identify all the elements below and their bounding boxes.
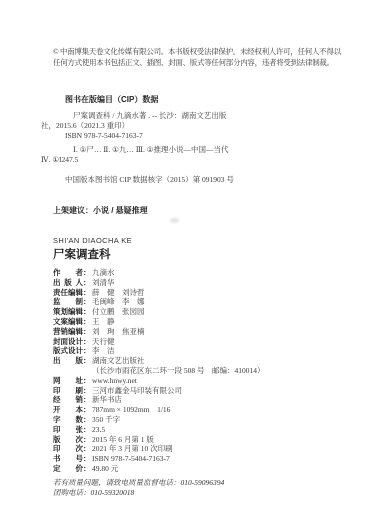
- row-label: 字 数：: [53, 415, 92, 425]
- row-label: 版式设计：: [53, 346, 92, 356]
- colophon-row-sheets: 印 张：23.5: [53, 425, 345, 435]
- colophon-row-copy-editor: 文案编辑：王 静: [53, 317, 345, 327]
- quality-hotline-note: 若有质量问题，请致电质量监督电话：010-59096394: [53, 478, 345, 489]
- row-label: 监 制：: [53, 297, 92, 307]
- cip-entry-line1: 尸案调查科 / 九滴水著 . -- 长沙：湖南文艺出版: [73, 111, 345, 121]
- service-notes: 若有质量问题，请致电质量监督电话：010-59096394 团购电话：010-5…: [53, 478, 345, 499]
- cip-classification: Ⅰ. ①尸… Ⅱ. ①九… Ⅲ. ①推理小说—中国—当代 Ⅳ. ①I247.5: [41, 145, 345, 165]
- colophon-row-publisher-address: （长沙市雨花区东二环一段 508 号 邮编：410014）: [53, 366, 345, 376]
- row-value: 刘清华: [92, 278, 115, 287]
- row-value: 350 千字: [92, 415, 120, 424]
- row-label: 版 次：: [53, 435, 92, 445]
- colophon-row-distributor: 经 销：新华书店: [53, 395, 345, 405]
- colophon-row-website: 网 址：www.hnwy.net: [53, 376, 345, 386]
- book-title: 尸案调查科: [53, 246, 345, 262]
- colophon-row-isbn: 书 号：ISBN 978-7-5404-7163-7: [53, 454, 345, 464]
- row-value: 毛闽峰 李 娜: [92, 297, 145, 306]
- row-label: 开 本：: [53, 405, 92, 415]
- row-label: 作 者：: [53, 268, 92, 278]
- colophon-row-format: 开 本：787mm × 1092mm 1/16: [53, 405, 345, 415]
- colophon-row-edition: 版 次：2015 年 6 月第 1 版: [53, 435, 345, 445]
- colophon-row-cover-design: 封面设计：天行健: [53, 337, 345, 347]
- row-label: 营销编辑：: [53, 327, 92, 337]
- row-value: 2021 年 3 月第 10 次印刷: [92, 444, 173, 453]
- colophon-list: 作 者：九滴水 出 版 人：刘清华 责任编辑：薛 健 刘诗哲 监 制：毛闽峰 李…: [53, 268, 345, 474]
- copyright-notice-line1: © 中南博集天卷文化传媒有限公司。本书版权受法律保护。未经权利人许可，任何人不得…: [53, 47, 349, 58]
- row-value: 23.5: [92, 425, 105, 434]
- scan-artifact: [170, 218, 179, 223]
- cip-class-line2: Ⅳ. ①I247.5: [41, 155, 345, 165]
- row-value: 李 洁: [92, 346, 115, 355]
- row-label: 封面设计：: [53, 337, 92, 347]
- colophon-row-word-count: 字 数：350 千字: [53, 415, 345, 425]
- row-value: 新华书店: [92, 395, 122, 404]
- row-label: 网 址：: [53, 376, 92, 386]
- cip-class-line1: Ⅰ. ①尸… Ⅱ. ①九… Ⅲ. ①推理小说—中国—当代: [73, 145, 345, 155]
- row-value: 湖南文艺出版社: [92, 356, 145, 365]
- row-label: 出 版 人：: [53, 278, 92, 288]
- copyright-notice: © 中南博集天卷文化传媒有限公司。本书版权受法律保护。未经权利人许可，任何人不得…: [53, 0, 349, 68]
- row-label: 定 价：: [53, 464, 92, 474]
- shelf-advice: 上架建议：小说 / 悬疑推理: [53, 205, 345, 216]
- row-value: 刘 珣 焦亚楠: [92, 327, 145, 336]
- row-label: 文案编辑：: [53, 317, 92, 327]
- row-label: 书 号：: [53, 454, 92, 464]
- book-title-pinyin: SHI'AN DIAOCHA KE: [53, 236, 345, 245]
- row-label: 印 次：: [53, 444, 92, 454]
- colophon-row-impression: 印 次：2021 年 3 月第 10 次印刷: [53, 444, 345, 454]
- row-value: www.hnwy.net: [92, 376, 137, 385]
- colophon-row-marketing-editor: 营销编辑：刘 珣 焦亚楠: [53, 327, 345, 337]
- colophon-row-layout-design: 版式设计：李 洁: [53, 346, 345, 356]
- row-label: 经 销：: [53, 395, 92, 405]
- cip-record-line: 中国版本图书馆 CIP 数据核字（2015）第 091903 号: [65, 174, 345, 185]
- cip-isbn-line: ISBN 978-7-5404-7163-7: [65, 131, 345, 141]
- colophon-row-publisher-person: 出 版 人：刘清华: [53, 278, 345, 288]
- row-label: 责任编辑：: [53, 288, 92, 298]
- group-buy-note: 团购电话：010-59320018: [53, 488, 345, 499]
- row-value: 三河市鑫金马印装有限公司: [92, 386, 182, 395]
- colophon-row-planning-editor: 策划编辑：付立鹏 张园园: [53, 307, 345, 317]
- row-value: 薛 健 刘诗哲: [92, 288, 145, 297]
- row-label: 印 刷：: [53, 386, 92, 396]
- colophon-row-price: 定 价：49.80 元: [53, 464, 345, 474]
- row-value: （长沙市雨花区东二环一段 508 号 邮编：410014）: [92, 366, 265, 375]
- row-value: 天行健: [92, 337, 115, 346]
- colophon-row-supervisor: 监 制：毛闽峰 李 娜: [53, 297, 345, 307]
- colophon-row-author: 作 者：九滴水: [53, 268, 345, 278]
- cip-header: 图书在版编目（CIP）数据: [65, 94, 345, 105]
- colophon-row-publisher: 出 版：湖南文艺出版社: [53, 356, 345, 366]
- row-label: 策划编辑：: [53, 307, 92, 317]
- cip-entry-line2: 社，2015.6（2021.3 重印）: [41, 121, 345, 131]
- row-value: ISBN 978-7-5404-7163-7: [92, 454, 170, 463]
- row-label: 印 张：: [53, 425, 92, 435]
- row-value: 王 静: [92, 317, 115, 326]
- row-value: 付立鹏 张园园: [92, 307, 145, 316]
- colophon-page: © 中南博集天卷文化传媒有限公司。本书版权受法律保护。未经权利人许可，任何人不得…: [0, 0, 375, 506]
- copyright-notice-line2: 任何方式使用本书包括正文、插图、封面、版式等任何部分内容，违者将受到法律制裁。: [53, 58, 349, 69]
- row-value: 2015 年 6 月第 1 版: [92, 435, 154, 444]
- cip-entry: 尸案调查科 / 九滴水著 . -- 长沙：湖南文艺出版 社，2015.6（202…: [41, 111, 345, 141]
- row-value: 九滴水: [92, 268, 115, 277]
- row-label: 出 版：: [53, 356, 92, 366]
- colophon-row-responsible-editor: 责任编辑：薛 健 刘诗哲: [53, 288, 345, 298]
- row-value: 787mm × 1092mm 1/16: [92, 405, 170, 414]
- colophon-row-printer: 印 刷：三河市鑫金马印装有限公司: [53, 386, 345, 396]
- row-value: 49.80 元: [92, 464, 118, 473]
